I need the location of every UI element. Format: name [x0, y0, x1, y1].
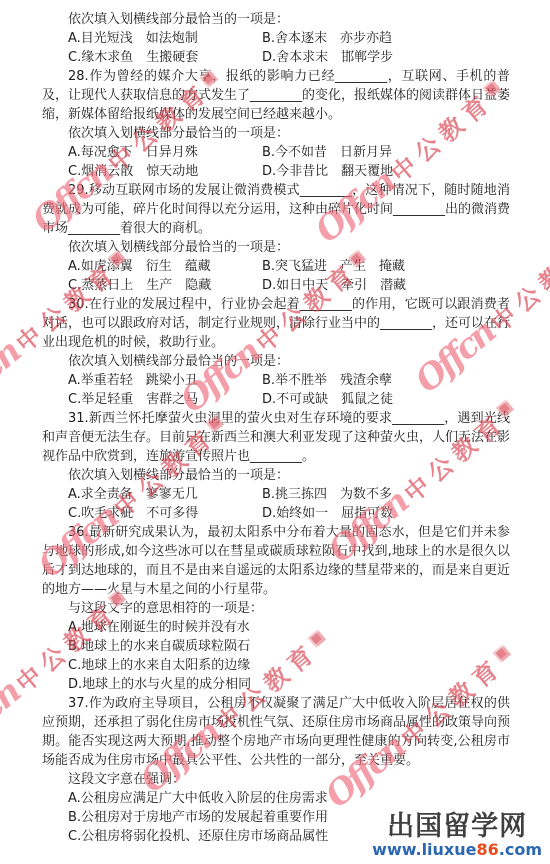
option-c: C.缘木求鱼 生搬硬套 [68, 48, 262, 67]
option-a: A.举重若轻 跳梁小丑 [68, 371, 262, 390]
question-37-stem: 37.作为政府主导项目，公租房不仅凝聚了满足广大中低收入阶层居住权的供应预期，还… [42, 694, 510, 770]
question-36-prompt: 与这段文字的意思相符的一项是： [42, 599, 510, 618]
option-d: D.如日中天 牵引 潜藏 [262, 276, 406, 295]
fill-prompt: 依次填入划横线部分最恰当的一项是： [42, 10, 510, 29]
options-row: C.吹毛求疵 不可多得 D.始终如一 屈指可数 [42, 504, 510, 523]
option-a: A.每况愈下 日异月殊 [68, 143, 262, 162]
option-b: B.今不如昔 日新月异 [262, 143, 392, 162]
option-d: D.不可或缺 狐鼠之徒 [262, 390, 393, 409]
option-c: C.举足轻重 害群之马 [68, 390, 262, 409]
option-c: C.吹毛求疵 不可多得 [68, 504, 262, 523]
option-b: B.举不胜举 残渣余孽 [262, 371, 392, 390]
options-row: A.求全责备 寥寥无几 B.挑三拣四 为数不多 [42, 485, 510, 504]
watermark-script: Offcn [0, 333, 27, 421]
option-d: D.舍本求末 邯郸学步 [262, 48, 393, 67]
question-28-stem: 28.作为曾经的媒介大亨，报纸的影响力已经________，互联网、手机的普及，… [42, 67, 510, 124]
exam-page: 依次填入划横线部分最恰当的一项是： A.目光短浅 如法炮制 B.舍本逐末 亦步亦… [0, 0, 550, 864]
site-url: www.liuxue86.com [372, 841, 542, 858]
options-row: C.烟消云散 惊天动地 D.今非昔比 翻天覆地 [42, 162, 510, 181]
option-a: A.求全责备 寥寥无几 [68, 485, 262, 504]
watermark-script: Offcn [0, 673, 27, 761]
options-row: A.目光短浅 如法炮制 B.舍本逐末 亦步亦趋 [42, 29, 510, 48]
option-b: B.挑三拣四 为数不多 [262, 485, 392, 504]
option-c: C.蒸蒸日上 生产 隐藏 [68, 276, 262, 295]
url-suffix: .com [499, 840, 542, 859]
option-a: A.地球在刚诞生的时候并没有水 [42, 618, 510, 637]
site-name: 出国留学网 [372, 812, 542, 841]
options-row: A.每况愈下 日异月殊 B.今不如昔 日新月异 [42, 143, 510, 162]
option-c: C.烟消云散 惊天动地 [68, 162, 262, 181]
fill-prompt: 依次填入划横线部分最恰当的一项是： [42, 352, 510, 371]
option-d: D.始终如一 屈指可数 [262, 504, 393, 523]
option-a: A.如虎添翼 衍生 蕴藏 [68, 257, 262, 276]
option-a: A.公租房应满足广大中低收入阶层的住房需求 [42, 789, 510, 808]
question-37-prompt: 这段文字意在强调： [42, 770, 510, 789]
liuxue86-logo: 出国留学网 www.liuxue86.com [372, 812, 542, 858]
option-a: A.目光短浅 如法炮制 [68, 29, 262, 48]
option-b: B.突飞猛进 产生 掩藏 [262, 257, 405, 276]
options-row: A.如虎添翼 衍生 蕴藏 B.突飞猛进 产生 掩藏 [42, 257, 510, 276]
question-36-stem: 36.最新研究成果认为，最初太阳系中分布着大量的固态水，但是它们并未参与地球的形… [42, 523, 510, 599]
question-31-stem: 31.新西兰怀托摩萤火虫洞里的萤火虫对生存环境的要求________，遇到光线和… [42, 409, 510, 466]
option-b: B.舍本逐末 亦步亦趋 [262, 29, 392, 48]
fill-prompt: 依次填入划横线部分最恰当的一项是： [42, 124, 510, 143]
question-30-stem: 30.在行业的发展过程中，行业协会起着________的作用，它既可以跟消费者对… [42, 295, 510, 352]
options-row: A.举重若轻 跳梁小丑 B.举不胜举 残渣余孽 [42, 371, 510, 390]
option-c: C.地球上的水来自太阳系的边缘 [42, 656, 510, 675]
option-d: D.今非昔比 翻天覆地 [262, 162, 393, 181]
options-row: C.蒸蒸日上 生产 隐藏 D.如日中天 牵引 潜藏 [42, 276, 510, 295]
url-number: 86 [477, 840, 499, 859]
options-row: C.缘木求鱼 生搬硬套 D.舍本求末 邯郸学步 [42, 48, 510, 67]
options-row: C.举足轻重 害群之马 D.不可或缺 狐鼠之徒 [42, 390, 510, 409]
option-b: B.地球上的水来自碳质球粒陨石 [42, 637, 510, 656]
url-prefix: www.liuxue [372, 840, 476, 859]
fill-prompt: 依次填入划横线部分最恰当的一项是： [42, 466, 510, 485]
exam-content: 依次填入划横线部分最恰当的一项是： A.目光短浅 如法炮制 B.舍本逐末 亦步亦… [42, 10, 510, 846]
question-29-stem: 29.移动互联网市场的发展让微消费模式________，这种情况下，随时随地消费… [42, 181, 510, 238]
option-d: D.地球上的水与火星的成分相同 [42, 675, 510, 694]
fill-prompt: 依次填入划横线部分最恰当的一项是： [42, 238, 510, 257]
